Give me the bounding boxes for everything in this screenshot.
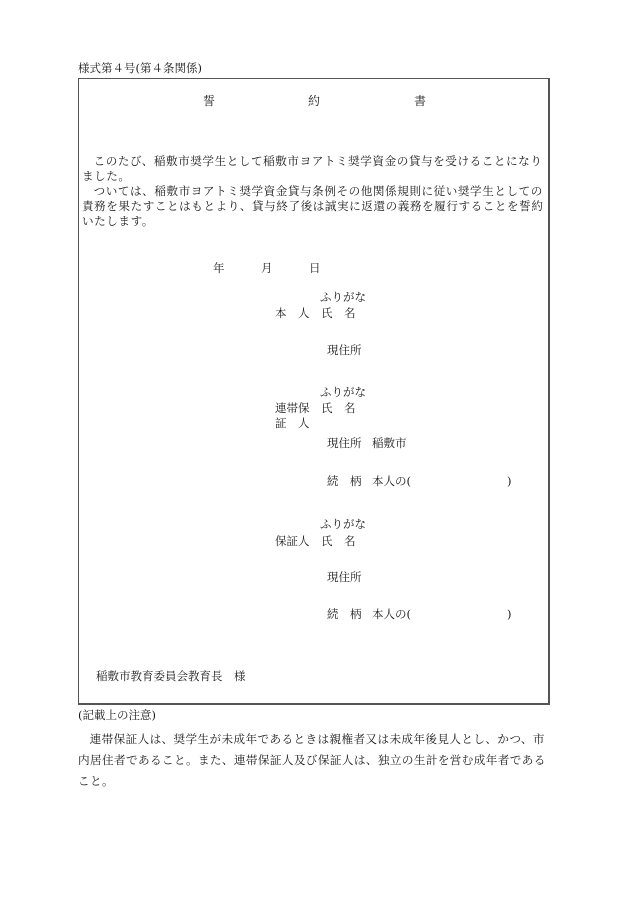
joint-guarantor-address-label: 現住所 [327, 438, 362, 450]
title-char-2: 約 [308, 95, 320, 107]
notes-title: (記載上の注意) [78, 710, 156, 722]
guarantor-furigana-label: ふりがな [320, 519, 366, 531]
title-char-3: 書 [414, 95, 426, 107]
guarantor-relation-label: 続 柄 [327, 609, 362, 621]
joint-guarantor-role-line2: 証 人 [275, 418, 310, 430]
joint-guarantor-relation-suffix: ) [507, 476, 512, 488]
joint-guarantor-furigana-label: ふりがな [320, 387, 366, 399]
title-char-1: 誓 [203, 95, 215, 107]
joint-guarantor-relation-label: 続 柄 [327, 476, 362, 488]
principal-address-label: 現住所 [327, 345, 362, 357]
guarantor-relation-suffix: ) [507, 609, 512, 621]
principal-furigana-label: ふりがな [320, 292, 366, 304]
addressee-label: 稲敷市教育委員会教育長 様 [96, 671, 246, 683]
form-number-label: 様式第４号(第４条関係) [78, 63, 202, 75]
date-year-label: 年 [213, 263, 225, 275]
joint-guarantor-relation-prefix: 本人の( [372, 476, 411, 488]
guarantor-address-label: 現住所 [327, 572, 362, 584]
guarantor-name-label: 氏 名 [321, 536, 356, 548]
date-month-label: 月 [261, 263, 273, 275]
date-day-label: 日 [309, 263, 321, 275]
joint-guarantor-name-label: 氏 名 [321, 403, 356, 415]
guarantor-relation-prefix: 本人の( [372, 609, 411, 621]
principal-role-label: 本 人 [275, 308, 310, 320]
pledge-paragraph-1: このたび、稲敷市奨学生として稲敷市ヨアトミ奨学資金の貸与を受けることになりました… [82, 154, 548, 184]
joint-guarantor-address-value: 稲敷市 [372, 438, 407, 450]
notes-body: 連帯保証人は、奨学生が未成年であるときは親権者又は未成年後見人とし、かつ、市内居… [78, 729, 556, 792]
pledge-paragraph-2: ついては、稲敷市ヨアトミ奨学資金貸与条例その他関係規則に従い奨学生としての責務を… [82, 184, 548, 229]
principal-name-label: 氏 名 [321, 308, 356, 320]
joint-guarantor-role-line1: 連帯保 [275, 403, 310, 415]
guarantor-role-label: 保証人 [275, 536, 310, 548]
